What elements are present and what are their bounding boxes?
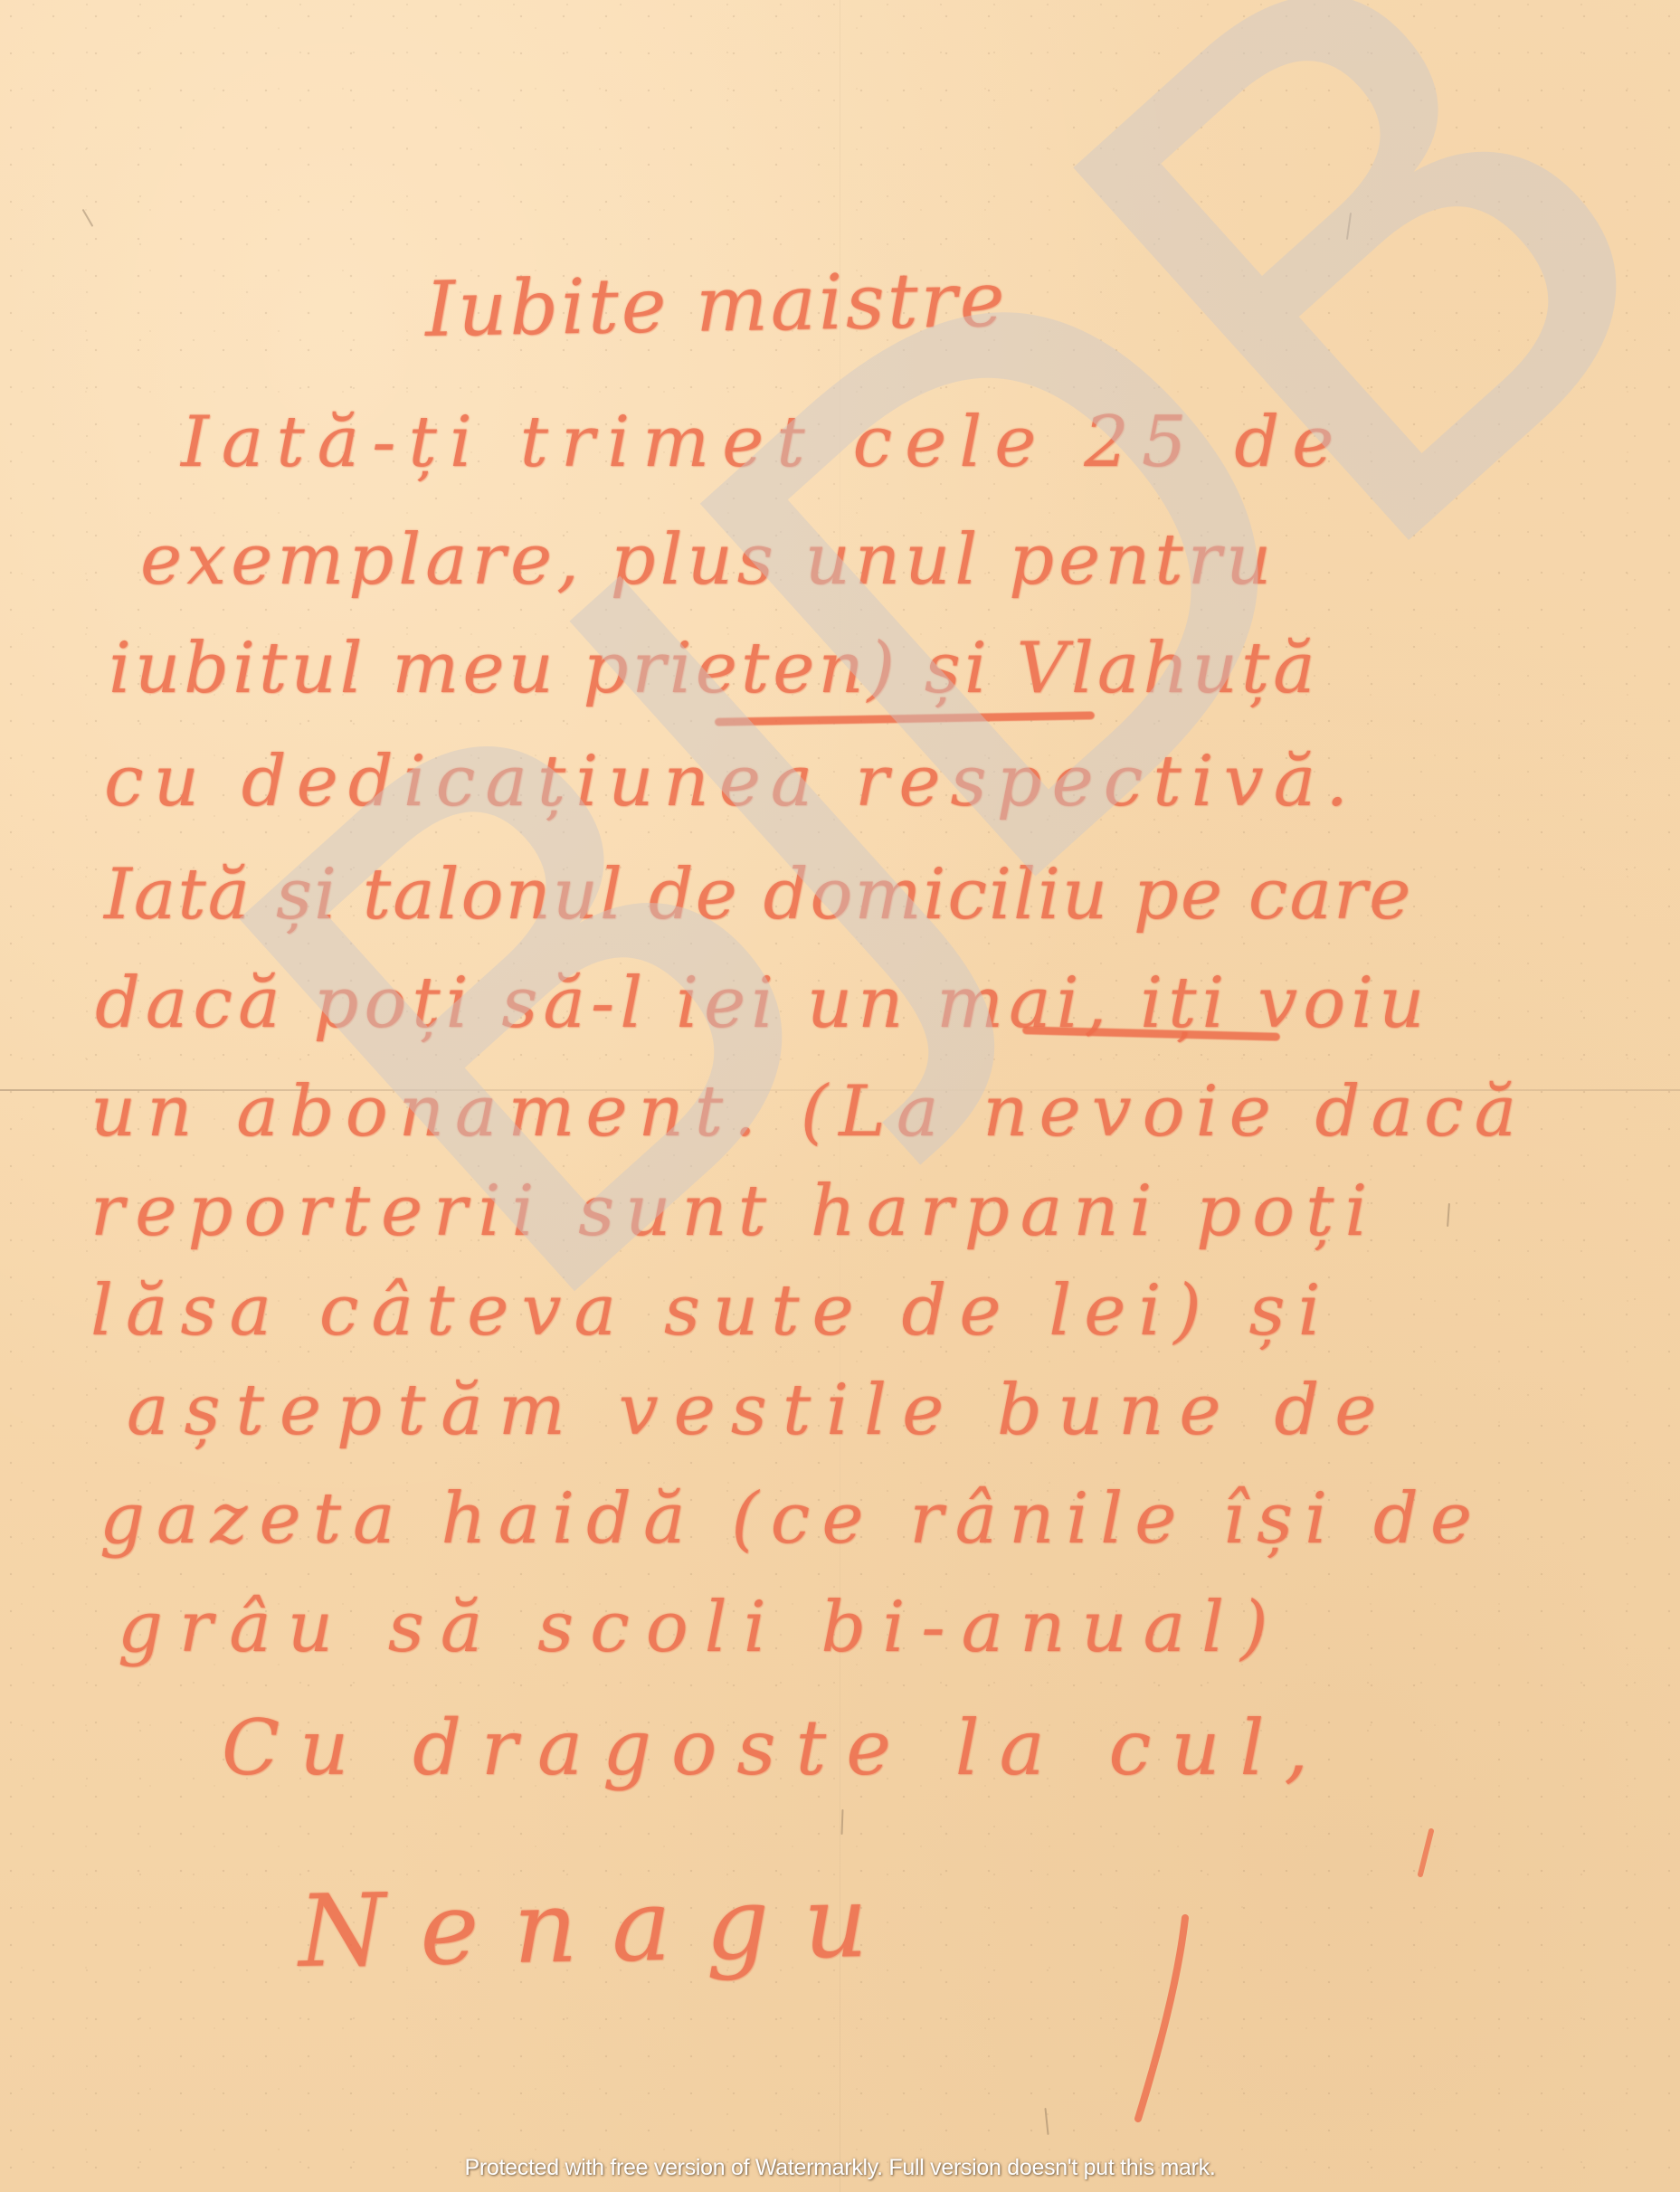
letter-line-9: lăsa câteva sute de lei) și (90, 1276, 1334, 1346)
watermarkly-footer: Protected with free version of Watermark… (0, 2155, 1680, 2181)
paper-fiber (1346, 213, 1352, 240)
letter-line-8: reporterii sunt harpani poți (90, 1176, 1378, 1247)
signature-accent-mark (1411, 1827, 1438, 1882)
paper-fiber (841, 1809, 843, 1835)
letter-closing: Cu dragoste la cul, (222, 1710, 1328, 1786)
letter-line-2: exemplare, plus unul pentru (140, 525, 1276, 595)
letter-line-3: iubitul meu prieten) și Vlahuță (109, 633, 1319, 704)
paper-fiber (82, 209, 93, 227)
underline-prieten (715, 711, 1095, 726)
letter-line-4: cu dedicațiunea respectivă. (104, 746, 1358, 817)
letter-line-1: Iată-ți trimet cele 25 de (181, 407, 1346, 478)
letter-line-10: așteptăm vestile bune de (127, 1375, 1391, 1446)
letter-signature: Nenagu (298, 1871, 903, 1981)
letter-line-7: un abonament. (La nevoie dacă (90, 1077, 1527, 1147)
paper-fiber (1044, 2108, 1049, 2135)
letter-salutation: Iubite maistre (424, 261, 1008, 347)
letter-line-12: grâu să scoli bi-anual) (118, 1592, 1285, 1663)
letter-page: Iubite maistre Iată-ți trimet cele 25 de… (0, 0, 1680, 2192)
signature-descender-stroke (1122, 1909, 1194, 2126)
letter-line-5: Iată și talonul de domiciliu pe care (104, 859, 1412, 930)
letter-line-6: dacă poți să-l iei un mai, iți voiu (95, 968, 1429, 1039)
letter-line-11: gazeta haidă (ce rânile își de (100, 1484, 1484, 1554)
paper-fiber (1447, 1203, 1449, 1227)
